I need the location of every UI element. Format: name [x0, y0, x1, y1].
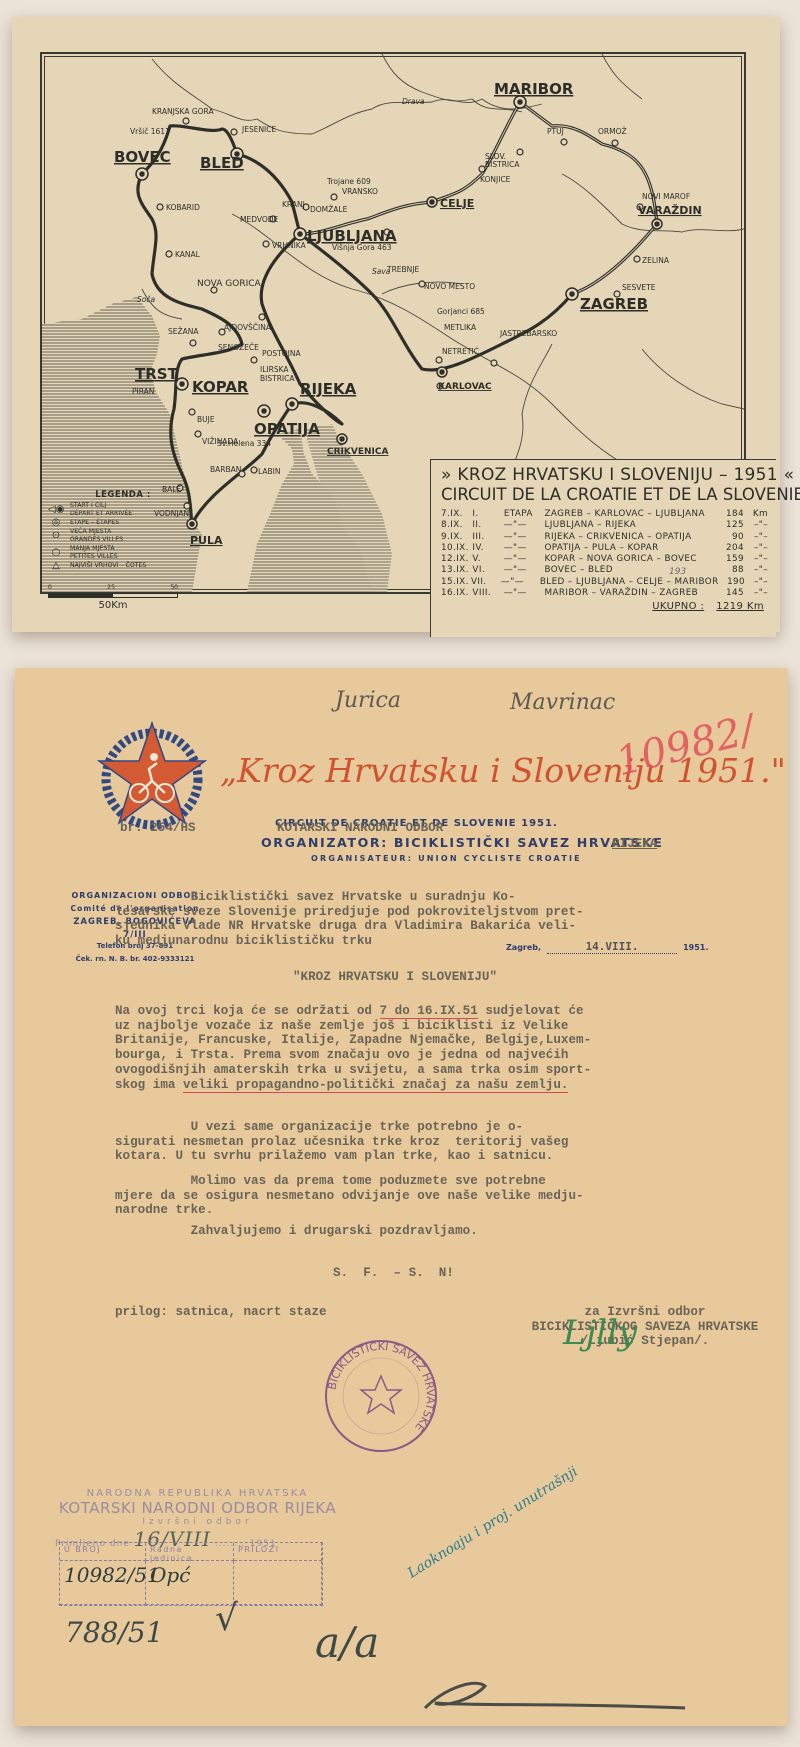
label-varazdin: VARAŽDIN: [638, 204, 702, 217]
stage-date: 15.IX.: [441, 577, 471, 588]
stage-unit: –"–: [745, 577, 768, 588]
label-celje: CELJE: [440, 197, 474, 210]
svg-text:Trojane 609: Trojane 609: [326, 177, 371, 186]
map-legend: LEGENDA : ◁◉ START I CILJDÉPART ET ARRIV…: [48, 491, 198, 571]
svg-text:JASTREBARSKO: JASTREBARSKO: [499, 329, 557, 338]
svg-text:Soča: Soča: [137, 295, 155, 304]
stage-label: —"—: [504, 554, 545, 565]
stage-label: —"—: [504, 565, 545, 576]
handwritten-aa: a/a: [315, 1618, 379, 1667]
stage-row: 12.IX.V.—"—KOPAR – NOVA GORICA – BOVEC15…: [441, 554, 768, 565]
stage-unit: –"–: [744, 532, 768, 543]
stage-unit: –"–: [744, 588, 768, 599]
svg-text:NOVA GORICA: NOVA GORICA: [197, 279, 262, 289]
peak-icon: △: [48, 562, 64, 570]
scale-bar: [48, 593, 178, 598]
svg-text:KONJICE: KONJICE: [480, 175, 511, 184]
town-markers: [157, 118, 643, 509]
stage-row: 10.IX.IV.—"—OPATIJA – PULA – KOPAR204–"–: [441, 543, 768, 554]
attachment-note: prilog: satnica, nacrt staze: [115, 1305, 327, 1320]
signature-block: za Izvršni odbor BICIKLISTIČKOG SAVEZA H…: [505, 1305, 785, 1349]
stage-unit: –"–: [744, 520, 768, 531]
total-distance: 1219 Km: [716, 601, 764, 612]
label-opatija: OPATIJA: [254, 420, 320, 438]
recipient-city: RIJEKA: [612, 837, 657, 852]
svg-text:BUJE: BUJE: [197, 415, 215, 424]
stage-unit: Km: [744, 509, 768, 520]
svg-text:Drava: Drava: [402, 97, 425, 106]
stage-km: 125: [716, 520, 744, 531]
body-paragraph-4: Molimo vas da prema tome poduzmete sve p…: [115, 1174, 584, 1218]
svg-text:POSTOJNA: POSTOJNA: [262, 349, 301, 358]
stage-date: 12.IX.: [441, 554, 472, 565]
handwritten-number: 788/51: [65, 1616, 164, 1649]
svg-text:AJDOVŠČINA: AJDOVŠČINA: [224, 323, 272, 332]
check-mark-icon: √: [215, 1598, 238, 1639]
stage-num: III.: [472, 532, 503, 543]
body-paragraph-2: Na ovoj trci koja će se održati od 7 do …: [115, 1004, 591, 1092]
svg-text:VRANSKO: VRANSKO: [342, 187, 378, 196]
stage-date: 7.IX.: [441, 509, 472, 520]
stages-total: UKUPNO : 1219 Km: [441, 601, 768, 612]
label-bled: BLED: [200, 154, 244, 172]
large-town-icon: ⊙: [48, 532, 64, 540]
stage-date: 10.IX.: [441, 543, 472, 554]
label-crikvenica: CRIKVENICA: [327, 447, 388, 457]
stage-km: 88: [716, 565, 744, 576]
label-trst: TRST: [135, 365, 179, 383]
stage-row: 7.IX.I.ETAPAZAGREB – KARLOVAC – LJUBLJAN…: [441, 509, 768, 520]
stage-city-icon: ◎: [48, 519, 64, 527]
stages-table: » KROZ HRVATSKU I SLOVENIJU – 1951 « CIR…: [430, 459, 776, 637]
svg-text:ILIRSKA: ILIRSKA: [260, 365, 289, 374]
legend-item: ◁◉ START I CILJDÉPART ET ARRIVÉE: [48, 502, 198, 518]
stage-num: II.: [472, 520, 503, 531]
body-paragraph-1: Biciklistički savez Hrvatske u suradnju …: [115, 890, 584, 949]
stage-route: BOVEC – BLED: [544, 565, 716, 576]
svg-text:ZELINA: ZELINA: [642, 256, 670, 265]
svg-text:DOMŽALE: DOMŽALE: [310, 205, 348, 214]
stage-route: ZAGREB – KARLOVAC – LJUBLJANA: [544, 509, 716, 520]
stage-label: —"—: [504, 532, 545, 543]
svg-text:ORMOŽ: ORMOŽ: [598, 127, 627, 136]
svg-text:KOBARID: KOBARID: [166, 203, 200, 212]
label-rijeka: RIJEKA: [300, 380, 357, 398]
stage-label: —"—: [501, 577, 540, 588]
svg-text:PIRAN: PIRAN: [132, 387, 154, 396]
svg-text:VRHNIKA: VRHNIKA: [272, 241, 307, 250]
legend-item: ◎ ETAPE – ÉTAPES: [48, 519, 198, 527]
svg-text:PTUJ: PTUJ: [547, 127, 564, 136]
stage-km: 184: [716, 509, 744, 520]
race-name: "KROZ HRVATSKU I SLOVENIJU": [293, 970, 497, 985]
cycling-emblem-icon: [97, 721, 207, 831]
svg-text:SENOŽEČE: SENOŽEČE: [218, 343, 259, 352]
round-stamp-icon: BICIKLISTIČKI SAVEZ HRVATSKE: [323, 1338, 439, 1454]
stage-date: 13.IX.: [441, 565, 472, 576]
stage-route: OPATIJA – PULA – KOPAR: [544, 543, 716, 554]
pencil-name-1: Jurica: [335, 688, 401, 713]
stage-route: KOPAR – NOVA GORICA – BOVEC: [544, 554, 716, 565]
stage-row: 8.IX.II.—"—LJUBLJANA – RIJEKA125–"–: [441, 520, 768, 531]
reference-number: br. 254/HS: [120, 821, 196, 836]
letterhead-organizer: ORGANIZATOR: BICIKLISTIČKI SAVEZ HRVATSK…: [261, 835, 663, 850]
body-paragraph-5: Zahvaljujemo i drugarski pozdravljamo.: [115, 1224, 478, 1239]
label-karlovac: KARLOVAC: [438, 382, 492, 392]
stage-num: IV.: [472, 543, 503, 554]
stage-unit: –"–: [744, 554, 768, 565]
stage-km: 145: [716, 588, 744, 599]
svg-text:METLIKA: METLIKA: [444, 323, 477, 332]
pencil-correction: 193: [669, 567, 686, 577]
svg-text:MEDVODE: MEDVODE: [240, 215, 279, 224]
stage-km: 90: [716, 532, 744, 543]
letterhead-organizer-fr: ORGANISATEUR: UNION CYCLISTE CROATIE: [311, 854, 582, 863]
stage-route: LJUBLJANA – RIJEKA: [544, 520, 716, 531]
signature: Ljlly: [563, 1313, 637, 1353]
stage-date: 16.IX.: [441, 588, 472, 599]
svg-text:NOVO MESTO: NOVO MESTO: [424, 282, 475, 291]
svg-text:KRANJSKA GORA: KRANJSKA GORA: [152, 107, 214, 116]
svg-text:BARBAN: BARBAN: [210, 465, 241, 474]
recipient: KOTARSKI NARODNI ODBOR: [277, 821, 443, 836]
stage-km: 159: [716, 554, 744, 565]
svg-text:BICIKLISTIČKI SAVEZ HRVATSKE: BICIKLISTIČKI SAVEZ HRVATSKE: [325, 1340, 437, 1434]
svg-text:Sv.Helena 334: Sv.Helena 334: [217, 439, 271, 448]
stage-label: —"—: [504, 588, 545, 599]
stage-unit: –"–: [744, 565, 768, 576]
svg-text:KRANJ: KRANJ: [282, 200, 305, 209]
svg-text:SESVETE: SESVETE: [622, 283, 656, 292]
stage-label: ETAPA: [504, 509, 545, 520]
river-border-north: [152, 59, 542, 134]
stage-route: MARIBOR – VARAŽDIN – ZAGREB: [544, 588, 716, 599]
legend-item: ⊙ VEĆA MJESTAGRANDES VILLES: [48, 528, 198, 544]
label-zagreb: ZAGREB: [580, 295, 648, 313]
stage-num: I.: [472, 509, 503, 520]
svg-text:BISTRICA: BISTRICA: [485, 160, 520, 169]
svg-text:Višnja Gora 463: Višnja Gora 463: [332, 243, 392, 252]
label-bovec: BOVEC: [114, 148, 171, 166]
map-frame: BOVEC BLED LJUBLJANA MARIBOR CELJE VARAŽ…: [40, 52, 746, 594]
stage-row: 9.IX.III.—"—RIJEKA – CRIKVENICA – OPATIJ…: [441, 532, 768, 543]
scale-label: 50Km: [48, 600, 178, 611]
svg-text:Sava: Sava: [372, 267, 391, 276]
small-town-icon: ○: [48, 549, 64, 557]
pencil-name-2: Mavrinac: [510, 690, 615, 715]
svg-text:Vršič 1611: Vršič 1611: [130, 127, 170, 136]
svg-text:BISTRICA: BISTRICA: [260, 374, 295, 383]
start-finish-flag-icon: ◁◉: [48, 506, 64, 514]
receipt-stamp: NARODNA REPUBLIKA HRVATSKA KOTARSKI NARO…: [55, 1448, 340, 1551]
stages-subtitle: CIRCUIT DE LA CROATIE ET DE LA SLOVENIE: [441, 485, 768, 505]
stage-row: 15.IX.VII.—"—BLED – LJUBLJANA – CELJE – …: [441, 577, 768, 588]
stage-date: 9.IX.: [441, 532, 472, 543]
svg-text:Gorjanci 685: Gorjanci 685: [437, 307, 485, 316]
map-scale: 0 25 50 50Km: [48, 584, 178, 611]
svg-text:SEŽANA: SEŽANA: [168, 327, 199, 336]
legend-title: LEGENDA :: [48, 491, 198, 499]
stage-km: 204: [716, 543, 744, 554]
legend-item: ○ MANJA MJESTAPETITES VILLES: [48, 545, 198, 561]
body-paragraph-3: U vezi same organizacije trke potrebno j…: [115, 1120, 568, 1164]
stage-route: RIJEKA – CRIKVENICA – OPATIJA: [544, 532, 716, 543]
svg-text:KANAL: KANAL: [175, 250, 201, 259]
stage-label: —"—: [504, 543, 545, 554]
svg-text:NETRETIĆ: NETRETIĆ: [442, 347, 479, 356]
legend-item: △ NAJVIŠI VRHOVI – ČOTES: [48, 562, 198, 570]
svg-text:NOVI MAROF: NOVI MAROF: [642, 192, 690, 201]
stage-km: 190: [719, 577, 745, 588]
pencil-stroke: [415, 1678, 695, 1718]
stage-row: 13.IX.VI.—"—BOVEC – BLED88–"–: [441, 565, 768, 576]
label-maribor: MARIBOR: [494, 80, 574, 98]
svg-text:TREBNJE: TREBNJE: [386, 265, 419, 274]
stage-route: BLED – LJUBLJANA – CELJE – MARIBOR: [540, 577, 719, 588]
stage-num: VI.: [472, 565, 503, 576]
slogan: S. F. – S. N!: [333, 1266, 454, 1281]
svg-text:LABIN: LABIN: [258, 467, 280, 476]
stage-num: V.: [472, 554, 503, 565]
stage-label: —"—: [504, 520, 545, 531]
letter-sheet: Jurica Mavrinac „Kroz Hrvatsku i Sloveni…: [15, 668, 788, 1726]
stages-title: » KROZ HRVATSKU I SLOVENIJU – 1951 «: [441, 466, 768, 485]
svg-text:JESENICE: JESENICE: [241, 125, 277, 134]
label-kopar: KOPAR: [192, 378, 249, 396]
stage-unit: –"–: [744, 543, 768, 554]
stage-num: VIII.: [472, 588, 503, 599]
stage-num: VII.: [471, 577, 501, 588]
stage-date: 8.IX.: [441, 520, 472, 531]
stage-row: 16.IX.VIII.—"—MARIBOR – VARAŽDIN – ZAGRE…: [441, 588, 768, 599]
blue-handwritten-note: Laoknoaju i proj. unutrašnji: [405, 1464, 581, 1582]
route-map-card: BOVEC BLED LJUBLJANA MARIBOR CELJE VARAŽ…: [12, 17, 780, 632]
receipt-stamp-table: U BROJ Radna jedinica PRILOZI 10982/51 O…: [59, 1542, 323, 1606]
